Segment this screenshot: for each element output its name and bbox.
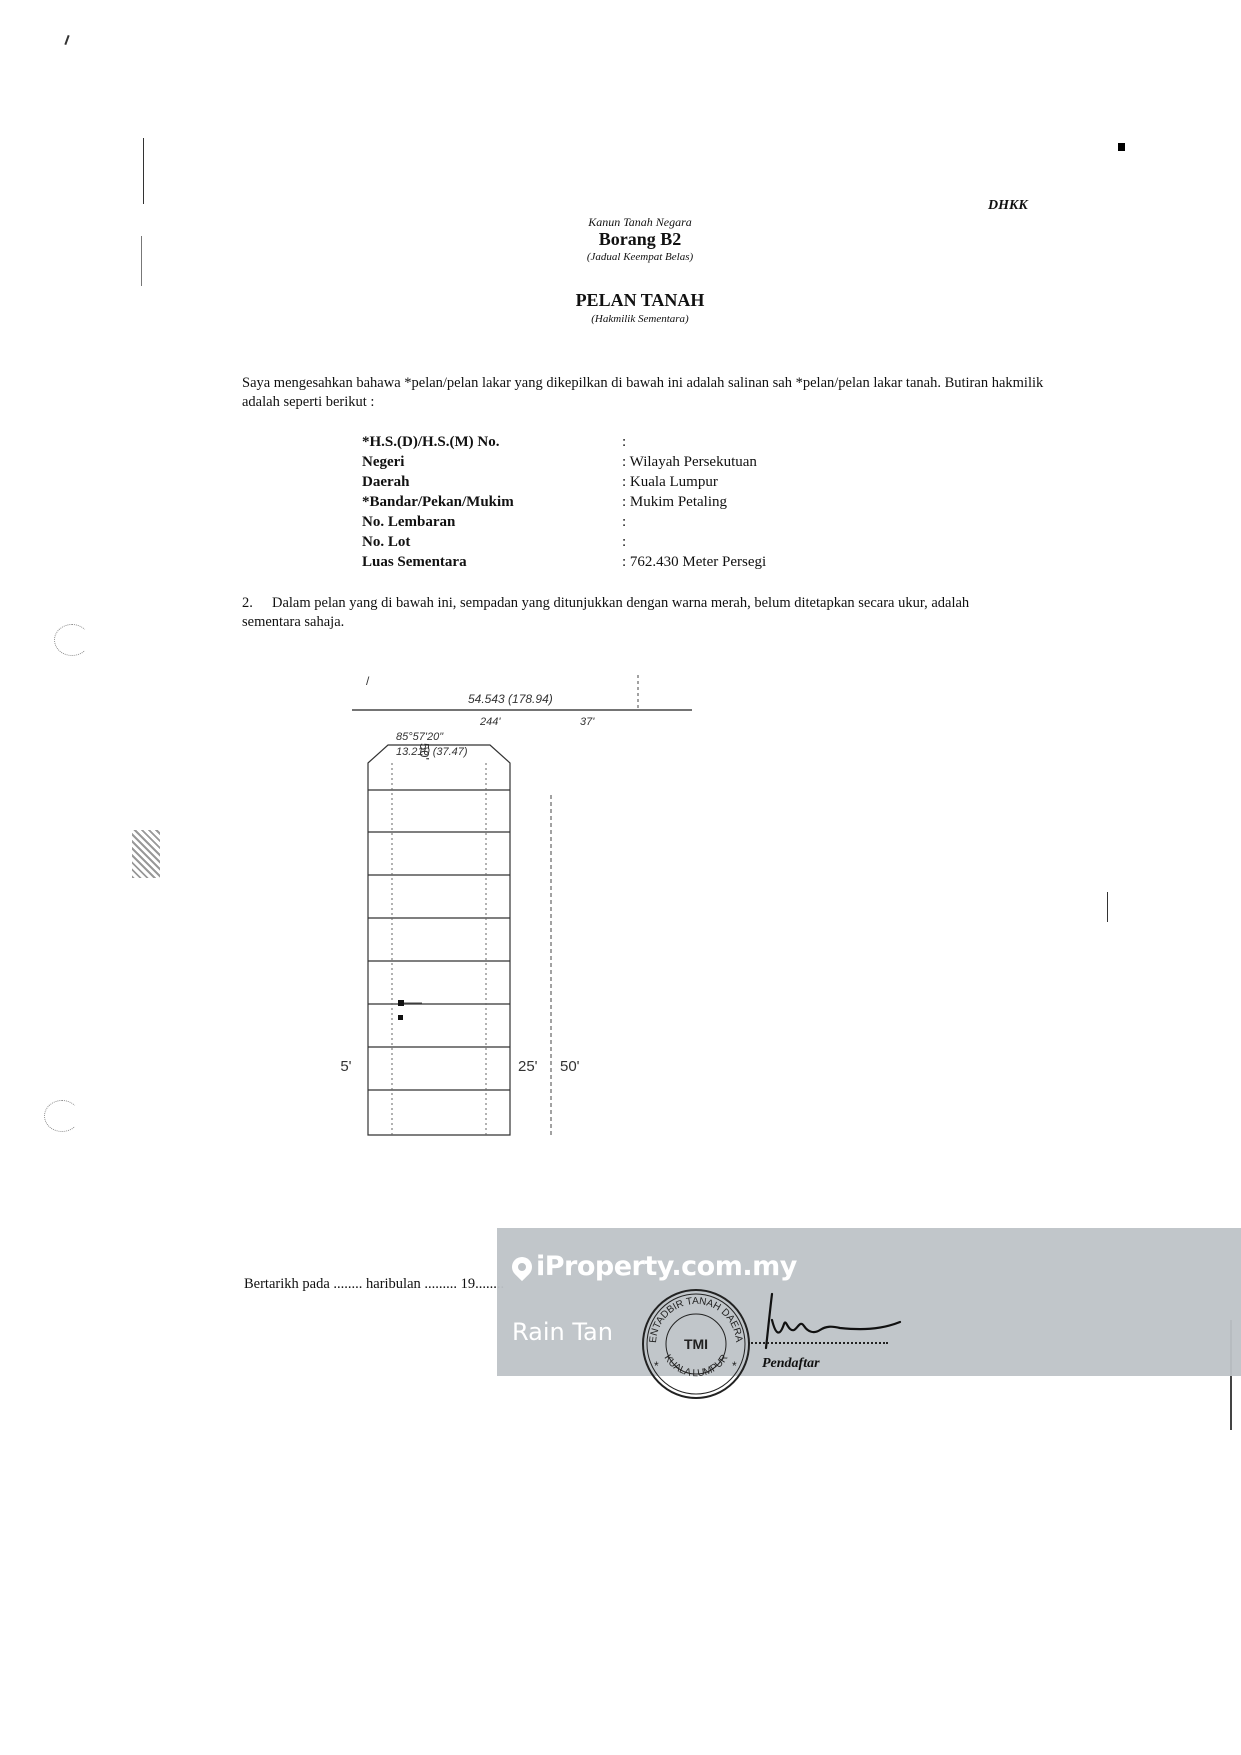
paragraph-number: 2. (242, 594, 272, 613)
details-label: No. Lembaran (362, 512, 622, 532)
title-sub: (Hakmilik Sementara) (520, 313, 760, 325)
title-main: PELAN TANAH (520, 290, 760, 311)
punch-hole-mark (44, 1100, 80, 1132)
details-row: Negeri: Wilayah Persekutuan (362, 452, 822, 472)
title-details-table: *H.S.(D)/H.S.(M) No.: Negeri: Wilayah Pe… (362, 432, 822, 572)
dim-road-left: 25' (340, 1058, 352, 1075)
scan-speck (64, 35, 69, 45)
watermark-brand: iProperty.com.my (512, 1251, 797, 1282)
signature-line (748, 1342, 888, 1344)
official-stamp-icon: PENTADBIR TANAH DAERAH KUALA LUMPUR TMI … (640, 1288, 752, 1400)
certification-paragraph: Saya mengesahkan bahawa *pelan/pelan lak… (242, 374, 1052, 412)
boundary-note-paragraph: 2.Dalam pelan yang di bawah ini, sempada… (242, 594, 1002, 632)
svg-text:*: * (654, 1359, 659, 1373)
details-label: *H.S.(D)/H.S.(M) No. (362, 432, 622, 452)
date-line: Bertarikh pada ........ haribulan ......… (244, 1276, 504, 1293)
scan-speck (143, 138, 144, 204)
scan-speck (141, 236, 142, 286)
details-label: Luas Sementara (362, 552, 622, 572)
dim-top-sub-a: 244' (479, 716, 501, 728)
dim-short-line: 13.210 (37.47) (396, 746, 468, 758)
stamp-center-text: TMI (684, 1336, 708, 1352)
svg-text:/: / (366, 674, 370, 688)
details-value: : (622, 512, 822, 532)
dim-road-mid: 25' (518, 1058, 538, 1075)
document-title: PELAN TANAH (Hakmilik Sementara) (520, 290, 760, 325)
schedule-name: (Jadual Keempat Belas) (520, 251, 760, 263)
signatory-role: Pendaftar (762, 1356, 820, 1372)
details-label: No. Lot (362, 532, 622, 552)
form-header: Kanun Tanah Negara Borang B2 (Jadual Kee… (520, 215, 760, 263)
details-value: : (622, 432, 822, 452)
details-row: No. Lot: (362, 532, 822, 552)
svg-text:*: * (732, 1359, 737, 1373)
stamp-bottom-text: KUALA LUMPUR (662, 1353, 731, 1379)
act-name: Kanun Tanah Negara (520, 215, 760, 230)
scan-speck (1118, 143, 1125, 151)
details-value: : (622, 532, 822, 552)
details-row: *H.S.(D)/H.S.(M) No.: (362, 432, 822, 452)
dim-top-line: 54.543 (178.94) (468, 692, 553, 706)
signature-icon (760, 1290, 910, 1350)
details-row: *Bandar/Pekan/Mukim: Mukim Petaling (362, 492, 822, 512)
details-value: : Wilayah Persekutuan (622, 452, 822, 472)
form-name: Borang B2 (520, 229, 760, 250)
paragraph-text: Dalam pelan yang di bawah ini, sempadan … (242, 595, 969, 630)
watermark-brand-text: iProperty.com.my (536, 1251, 797, 1282)
watermark-agent: Rain Tan (512, 1318, 613, 1346)
land-plan-drawing: 54.543 (178.94) 244' 37' / 50' 85°57'20"… (340, 665, 940, 1145)
dim-road-wide: 50' (560, 1058, 580, 1075)
details-value: : Kuala Lumpur (622, 472, 822, 492)
dim-top-sub-b: 37' (580, 716, 595, 728)
details-value: : 762.430 Meter Persegi (622, 552, 822, 572)
details-label: Negeri (362, 452, 622, 472)
scan-noise (132, 830, 160, 878)
details-value: : Mukim Petaling (622, 492, 822, 512)
form-code: DHKK (988, 198, 1028, 214)
details-row: Luas Sementara: 762.430 Meter Persegi (362, 552, 822, 572)
details-label: Daerah (362, 472, 622, 492)
location-pin-icon (508, 1253, 536, 1281)
scan-speck (1107, 892, 1108, 922)
punch-hole-mark (54, 624, 90, 656)
details-row: No. Lembaran: (362, 512, 822, 532)
details-label: *Bandar/Pekan/Mukim (362, 492, 622, 512)
dim-bearing-a: 85°57'20" (396, 731, 444, 743)
details-row: Daerah: Kuala Lumpur (362, 472, 822, 492)
